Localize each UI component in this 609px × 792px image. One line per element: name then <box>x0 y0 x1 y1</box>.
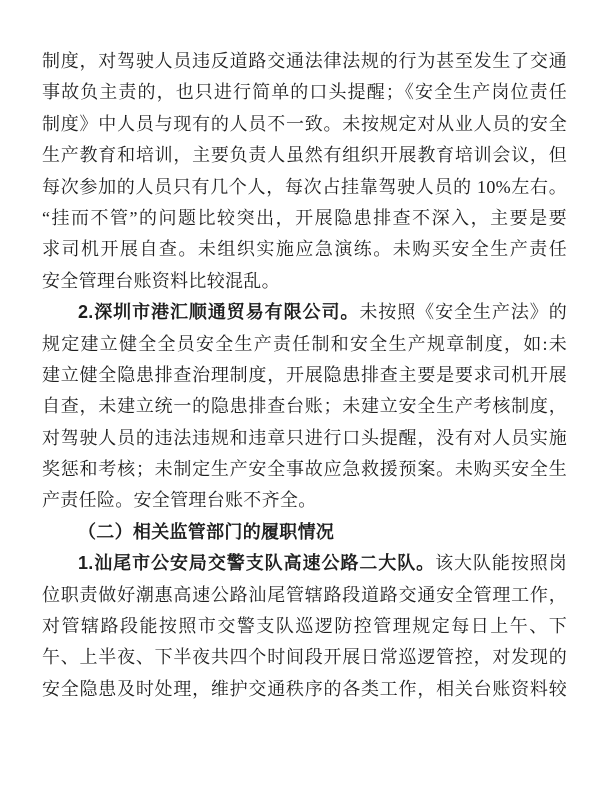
bold-text-run: 2.深圳市港汇顺通贸易有限公司。 <box>78 302 359 322</box>
text-line: 安全管理台账资料比较混乱。 <box>42 266 567 297</box>
text-line: 每次参加的人员只有几个人，每次占挂靠驾驶人员的 10%左右。 <box>42 172 567 203</box>
text-line: 2.深圳市港汇顺通贸易有限公司。未按照《安全生产法》的 <box>42 297 567 328</box>
text-line: 规定建立健全全员安全生产责任制和安全生产规章制度，如:未 <box>42 329 567 360</box>
text-line: 1.汕尾市公安局交警支队高速公路二大队。该大队能按照岗 <box>42 548 567 579</box>
text-run: 对驾驶人员的违法违规和违章只进行口头提醒，没有对人员实施 <box>42 428 567 448</box>
text-line: （二）相关监管部门的履职情况 <box>42 517 567 548</box>
text-line: “挂而不管”的问题比较突出，开展隐患排查不深入，主要是要 <box>42 203 567 234</box>
text-run: 生产教育和培训，主要负责人虽然有组织开展教育培训会议，但 <box>42 145 567 165</box>
text-line: 安全隐患及时处理，维护交通秩序的各类工作，相关台账资料较 <box>42 674 567 705</box>
text-line: 位职责做好潮惠高速公路汕尾管辖路段道路交通安全管理工作， <box>42 580 567 611</box>
bold-text-run: 1.汕尾市公安局交警支队高速公路二大队。 <box>78 553 435 573</box>
document-content: 制度，对驾驶人员违反道路交通法律法规的行为甚至发生了交通事故负主责的，也只进行简… <box>42 46 567 705</box>
text-run: 每次参加的人员只有几个人，每次占挂靠驾驶人员的 10%左右。 <box>42 177 567 197</box>
text-run: 规定建立健全全员安全生产责任制和安全生产规章制度，如:未 <box>42 334 567 354</box>
text-line: 对驾驶人员的违法违规和违章只进行口头提醒，没有对人员实施 <box>42 423 567 454</box>
text-line: 午、上半夜、下半夜共四个时间段开展日常巡逻管控，对发现的 <box>42 642 567 673</box>
text-run: 制度》中人员与现有的人员不一致。未按规定对从业人员的安全 <box>42 114 567 134</box>
text-line: 生产教育和培训，主要负责人虽然有组织开展教育培训会议，但 <box>42 140 567 171</box>
text-run: 建立健全隐患排查治理制度，开展隐患排查主要是要求司机开展 <box>42 365 567 385</box>
document-page: 制度，对驾驶人员违反道路交通法律法规的行为甚至发生了交通事故负主责的，也只进行简… <box>0 0 609 792</box>
bold-text-run: （二）相关监管部门的履职情况 <box>78 522 334 542</box>
text-line: 建立健全隐患排查治理制度，开展隐患排查主要是要求司机开展 <box>42 360 567 391</box>
text-run: 制度，对驾驶人员违反道路交通法律法规的行为甚至发生了交通 <box>42 51 567 71</box>
text-line: 产责任险。安全管理台账不齐全。 <box>42 485 567 516</box>
text-run: 午、上半夜、下半夜共四个时间段开展日常巡逻管控，对发现的 <box>42 647 567 667</box>
text-line: 制度，对驾驶人员违反道路交通法律法规的行为甚至发生了交通 <box>42 46 567 77</box>
text-run: “挂而不管”的问题比较突出，开展隐患排查不深入，主要是要 <box>42 208 567 228</box>
text-run: 安全管理台账资料比较混乱。 <box>42 271 280 291</box>
text-line: 事故负主责的，也只进行简单的口头提醒；《安全生产岗位责任 <box>42 77 567 108</box>
text-line: 自查，未建立统一的隐患排查台账；未建立安全生产考核制度， <box>42 391 567 422</box>
text-run: 事故负主责的，也只进行简单的口头提醒；《安全生产岗位责任 <box>42 82 567 102</box>
text-run: 产责任险。安全管理台账不齐全。 <box>42 490 317 510</box>
text-run: 奖惩和考核；未制定生产安全事故应急救援预案。未购买安全生 <box>42 459 567 479</box>
text-run: 安全隐患及时处理，维护交通秩序的各类工作，相关台账资料较 <box>42 679 567 699</box>
text-line: 制度》中人员与现有的人员不一致。未按规定对从业人员的安全 <box>42 109 567 140</box>
text-run: 未按照《安全生产法》的 <box>359 302 567 322</box>
text-line: 奖惩和考核；未制定生产安全事故应急救援预案。未购买安全生 <box>42 454 567 485</box>
text-run: 求司机开展自查。未组织实施应急演练。未购买安全生产责任险。 <box>42 239 567 265</box>
text-run: 该大队能按照岗 <box>435 553 567 573</box>
text-run: 自查，未建立统一的隐患排查台账；未建立安全生产考核制度， <box>42 396 567 416</box>
text-run: 位职责做好潮惠高速公路汕尾管辖路段道路交通安全管理工作， <box>42 585 567 605</box>
text-line: 求司机开展自查。未组织实施应急演练。未购买安全生产责任险。 <box>42 234 567 265</box>
text-line: 对管辖路段能按照市交警支队巡逻防控管理规定每日上午、下 <box>42 611 567 642</box>
text-run: 对管辖路段能按照市交警支队巡逻防控管理规定每日上午、下 <box>42 616 567 636</box>
